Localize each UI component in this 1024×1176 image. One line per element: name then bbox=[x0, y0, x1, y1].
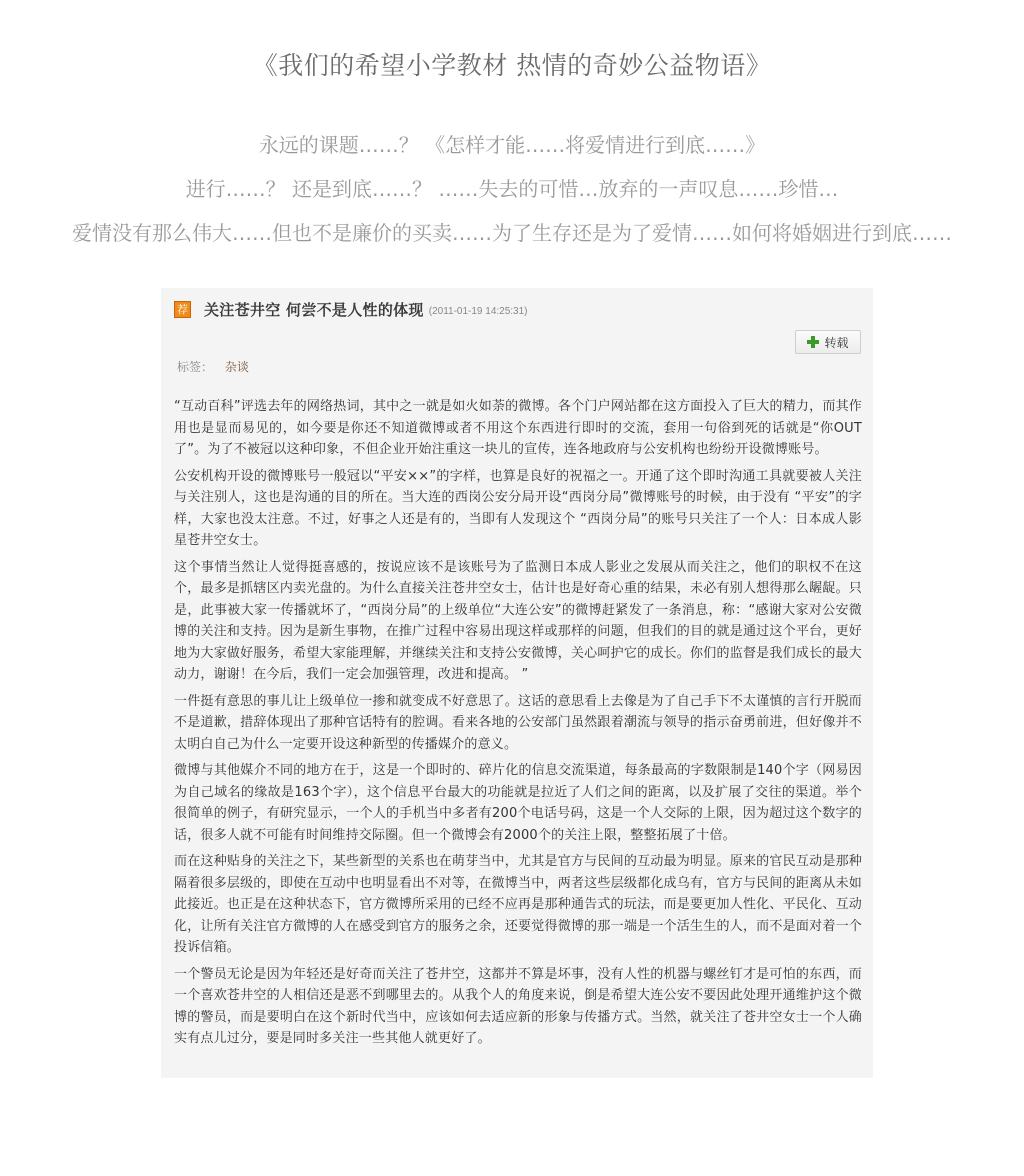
plus-icon bbox=[807, 336, 819, 348]
banner-line-1: 永远的课题……？ 《怎样才能……将爱情进行到底……》 bbox=[0, 129, 1024, 158]
banner-line-3: 爱情没有那么伟大……但也不是廉价的买卖……为了生存还是为了爱情……如何将婚姻进行… bbox=[0, 217, 1024, 246]
post-header: 荐 关注苍井空 何尝不是人性的体现 (2011-01-19 14:25:31) bbox=[174, 299, 528, 319]
tag-link[interactable]: 杂谈 bbox=[225, 360, 249, 374]
banner-line-2: 进行……？ 还是到底……？ ……失去的可惜…放弃的一声叹息……珍惜… bbox=[0, 173, 1024, 202]
repost-label: 转载 bbox=[824, 334, 848, 351]
blog-post: 荐 关注苍井空 何尝不是人性的体现 (2011-01-19 14:25:31) … bbox=[161, 288, 873, 1078]
paragraph: 微博与其他媒介不同的地方在于，这是一个即时的、碎片化的信息交流渠道，每条最高的字… bbox=[174, 760, 862, 846]
post-date: (2011-01-19 14:25:31) bbox=[429, 306, 528, 317]
post-body: “互动百科”评选去年的网络热词，其中之一就是如火如荼的微博。各个门户网站都在这方… bbox=[174, 396, 862, 1055]
banner-title: 《我们的希望小学教材 热情的奇妙公益物语》 bbox=[0, 46, 1024, 82]
paragraph: 公安机构开设的微博账号一般冠以“平安××”的字样，也算是良好的祝福之一。开通了这… bbox=[174, 466, 862, 552]
post-tags: 标签： 杂谈 bbox=[177, 358, 249, 375]
paragraph: 这个事情当然让人觉得挺喜感的，按说应该不是该账号为了监测日本成人影业之发展从而关… bbox=[174, 557, 862, 686]
tags-label: 标签： bbox=[177, 360, 213, 374]
paragraph: “互动百科”评选去年的网络热词，其中之一就是如火如荼的微博。各个门户网站都在这方… bbox=[174, 396, 862, 461]
post-title[interactable]: 关注苍井空 何尝不是人性的体现 bbox=[204, 299, 424, 320]
paragraph: 而在这种贴身的关注之下，某些新型的关系也在萌芽当中，尤其是官方与民间的互动最为明… bbox=[174, 851, 862, 959]
paragraph: 一个警员无论是因为年轻还是好奇而关注了苍井空，这都并不算是坏事，没有人性的机器与… bbox=[174, 964, 862, 1050]
recommended-badge-icon: 荐 bbox=[174, 301, 191, 318]
repost-button[interactable]: 转载 bbox=[795, 330, 861, 354]
paragraph: 一件挺有意思的事儿让上级单位一掺和就变成不好意思了。这话的意思看上去像是为了自己… bbox=[174, 691, 862, 756]
